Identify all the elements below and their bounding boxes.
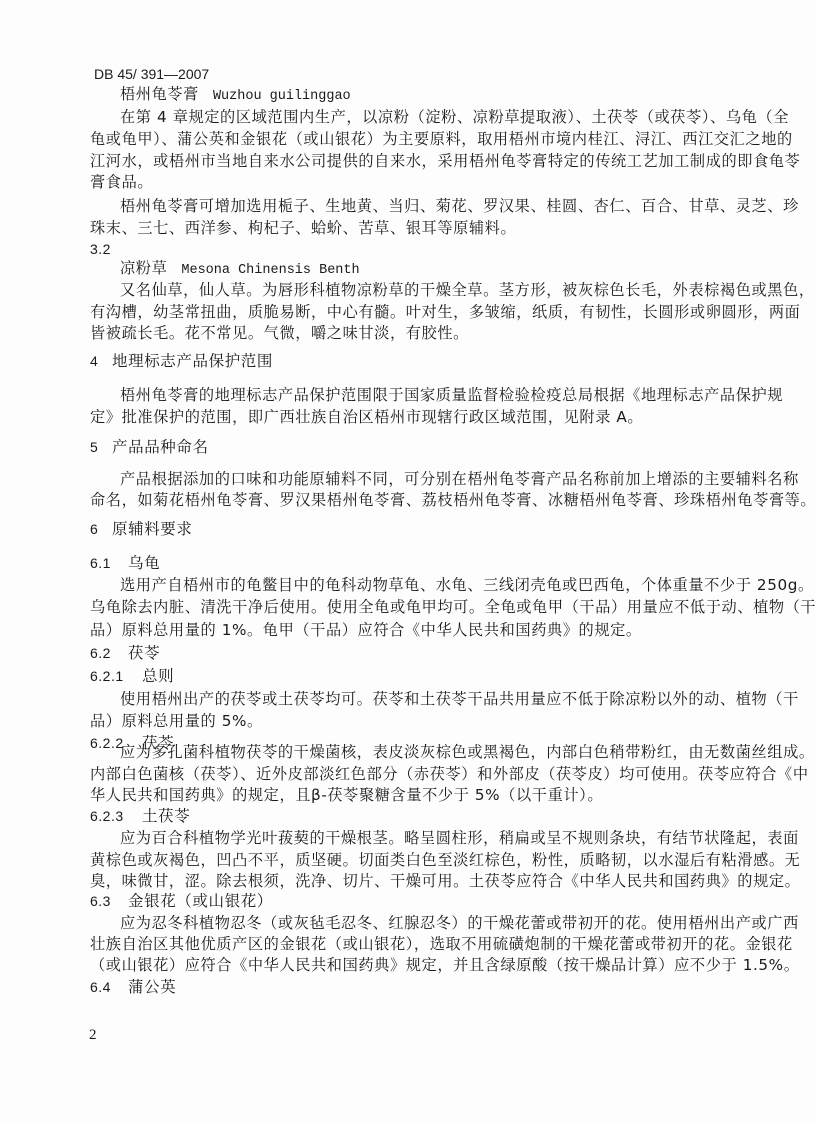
- clause-number: 3.2: [90, 239, 111, 259]
- paragraph-line: 命名，如菊花梧州龟苓膏、罗汉果梧州龟苓膏、荔枝梧州龟苓膏、冰糖梧州龟苓膏、珍珠梧…: [90, 490, 815, 510]
- section-heading: 6.1乌龟: [90, 553, 160, 573]
- section-number: 6.1: [90, 553, 128, 573]
- section-title: 产品品种命名: [112, 438, 209, 456]
- section-heading: 6.2.1总则: [90, 666, 174, 686]
- section-title: 茯苓: [128, 644, 160, 662]
- paragraph-line: 内部白色菌核（茯苓）、近外皮部淡红色部分（赤茯苓）和外部皮（茯苓皮）均可使用。茯…: [90, 764, 809, 784]
- section-number: 6.2: [90, 643, 128, 663]
- paragraph-line: 有沟槽，幼茎常扭曲，质脆易断，中心有髓。叶对生，多皱缩，纸质，有韧性，长圆形或卵…: [90, 302, 800, 322]
- paragraph-line: 黄棕色或灰褐色，凹凸不平，质坚硬。切面类白色至淡红棕色，粉性，质略韧，以水湿后有…: [90, 850, 800, 870]
- section-title: 总则: [142, 667, 174, 685]
- term-chinese: 凉粉草: [120, 259, 167, 277]
- paragraph-line: 江河水，或梧州市当地自来水公司提供的自来水，采用梧州龟苓膏特定的传统工艺加工制成…: [90, 151, 800, 171]
- section-title: 乌龟: [128, 554, 160, 572]
- paragraph-line: 华人民共和国药典》的规定，且β-茯苓聚糖含量不少于 5%（以干重计）。: [90, 785, 603, 805]
- paragraph-line: 应为忍冬科植物忍冬（或灰毡毛忍冬、红腺忍冬）的干燥花蕾或带初开的花。使用梧州出产…: [120, 913, 799, 933]
- section-number: 6.2.3: [90, 806, 142, 826]
- section-title: 土茯苓: [142, 807, 190, 825]
- term-definition-title: 梧州龟苓膏Wuzhou guilinggao: [120, 84, 351, 104]
- paragraph-line: 品）原料总用量的 5%。: [90, 711, 263, 731]
- paragraph-line: 产品根据添加的口味和功能原辅料不同，可分别在梧州龟苓膏产品名称前加上增添的主要辅…: [120, 469, 799, 489]
- paragraph-line: 梧州龟苓膏的地理标志产品保护范围限于国家质量监督检验检疫总局根据《地理标志产品保…: [120, 385, 783, 405]
- paragraph-line: 品）原料总用量的 1%。龟甲（干品）应符合《中华人民共和国药典》的规定。: [90, 620, 642, 640]
- paragraph-line: 定》批准保护的范围，即广西壮族自治区梧州市现辖行政区域范围，见附录 A。: [90, 407, 643, 427]
- section-title: 蒲公英: [128, 978, 176, 996]
- section-heading: 6原辅料要求: [90, 519, 193, 539]
- paragraph-line: 选用产自梧州市的龟鳖目中的龟科动物草龟、水龟、三线闭壳龟或巴西龟，个体重量不少于…: [120, 575, 814, 595]
- section-number: 6.3: [90, 891, 128, 911]
- paragraph-line: 应为百合科植物学光叶菝葜的干燥根茎。略呈圆柱形，稍扁或呈不规则条块，有结节状隆起…: [120, 828, 799, 848]
- paragraph-line: 乌龟除去内脏、清洗干净后使用。使用全龟或龟甲均可。全龟或龟甲（干品）用量应不低于…: [90, 597, 815, 617]
- paragraph-line: 膏食品。: [90, 172, 153, 192]
- section-number: 4: [90, 351, 112, 371]
- paragraph-line: 应为多孔菌科植物茯苓的干燥菌核，表皮淡灰棕色或黑褐色，内部白色稍带粉红，由无数菌…: [120, 742, 815, 762]
- section-number: 6: [90, 519, 112, 539]
- paragraph-line: 龟或龟甲）、蒲公英和金银花（或山银花）为主要原料，取用梧州市境内桂江、浔江、西江…: [90, 129, 793, 149]
- paragraph-line: 梧州龟苓膏可增加选用栀子、生地黄、当归、菊花、罗汉果、桂圆、杏仁、百合、甘草、灵…: [120, 196, 799, 216]
- paragraph-line: 皆被疏长毛。花不常见。气微，嚼之味甘淡，有胶性。: [90, 323, 469, 343]
- term-chinese: 梧州龟苓膏: [120, 85, 199, 103]
- paragraph-line: 又名仙草，仙人草。为唇形科植物凉粉草的干燥全草。茎方形，被灰棕色长毛，外表棕褐色…: [120, 280, 815, 300]
- paragraph-line: 壮族自治区其他优质产区的金银花（或山银花），选取不用硫磺炮制的干燥花蕾或带初开的…: [90, 934, 793, 954]
- paragraph-line: 臭，味微甘，涩。除去根须，洗净、切片、干燥可用。土茯苓应符合《中华人民共和国药典…: [90, 871, 800, 891]
- page-number: 2: [89, 1027, 97, 1044]
- section-number: 5: [90, 437, 112, 457]
- section-heading: 6.2茯苓: [90, 643, 160, 663]
- paragraph-line: 珠末、三七、西洋参、枸杞子、蛤蚧、苦草、银耳等原辅料。: [90, 218, 516, 238]
- section-heading: 6.4蒲公英: [90, 977, 176, 997]
- paragraph-line: 在第 4 章规定的区域范围内生产，以凉粉（淀粉、凉粉草提取液）、土茯苓（或茯苓）…: [120, 107, 789, 127]
- paragraph-line: 使用梧州出产的茯苓或土茯苓均可。茯苓和土茯苓干品共用量应不低于除凉粉以外的动、植…: [120, 689, 799, 709]
- section-number: 6.4: [90, 977, 128, 997]
- paragraph-line: （或山银花）应符合《中华人民共和国药典》规定，并且含绿原酸（按干燥品计算）应不少…: [90, 955, 800, 975]
- term-definition-title: 凉粉草Mesona Chinensis Benth: [120, 258, 360, 278]
- section-title: 金银花（或山银花）: [128, 892, 273, 910]
- document-code-header: DB 45/ 391—2007: [94, 64, 209, 84]
- document-page: DB 45/ 391—2007 梧州龟苓膏Wuzhou guilinggao在第…: [0, 0, 815, 1122]
- term-latin: Mesona Chinensis Benth: [181, 263, 359, 278]
- section-title: 原辅料要求: [112, 520, 193, 538]
- term-latin: Wuzhou guilinggao: [213, 89, 351, 104]
- section-heading: 6.3金银花（或山银花）: [90, 891, 273, 911]
- section-heading: 6.2.3土茯苓: [90, 806, 190, 826]
- section-number: 6.2.1: [90, 666, 142, 686]
- section-title: 地理标志产品保护范围: [112, 352, 273, 370]
- section-heading: 5产品品种命名: [90, 437, 209, 457]
- section-heading: 4地理标志产品保护范围: [90, 351, 273, 371]
